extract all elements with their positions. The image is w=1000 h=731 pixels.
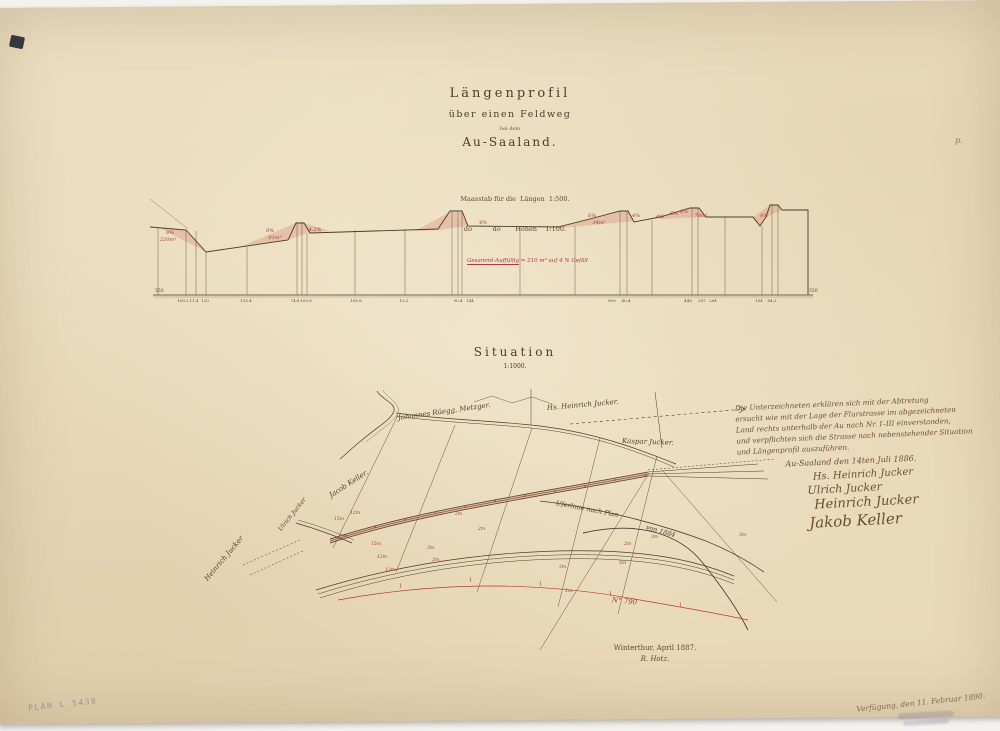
profile-drawing bbox=[150, 199, 813, 297]
scanned-plan-page: { "page": { "corner_stamp": "PLAN L 5438… bbox=[0, 0, 1000, 731]
new-road-band bbox=[330, 474, 648, 541]
profile-station-lines bbox=[158, 205, 778, 295]
boundary-lines bbox=[333, 415, 777, 650]
plan-linework bbox=[0, 0, 1000, 731]
situation-map-drawing bbox=[243, 389, 777, 650]
